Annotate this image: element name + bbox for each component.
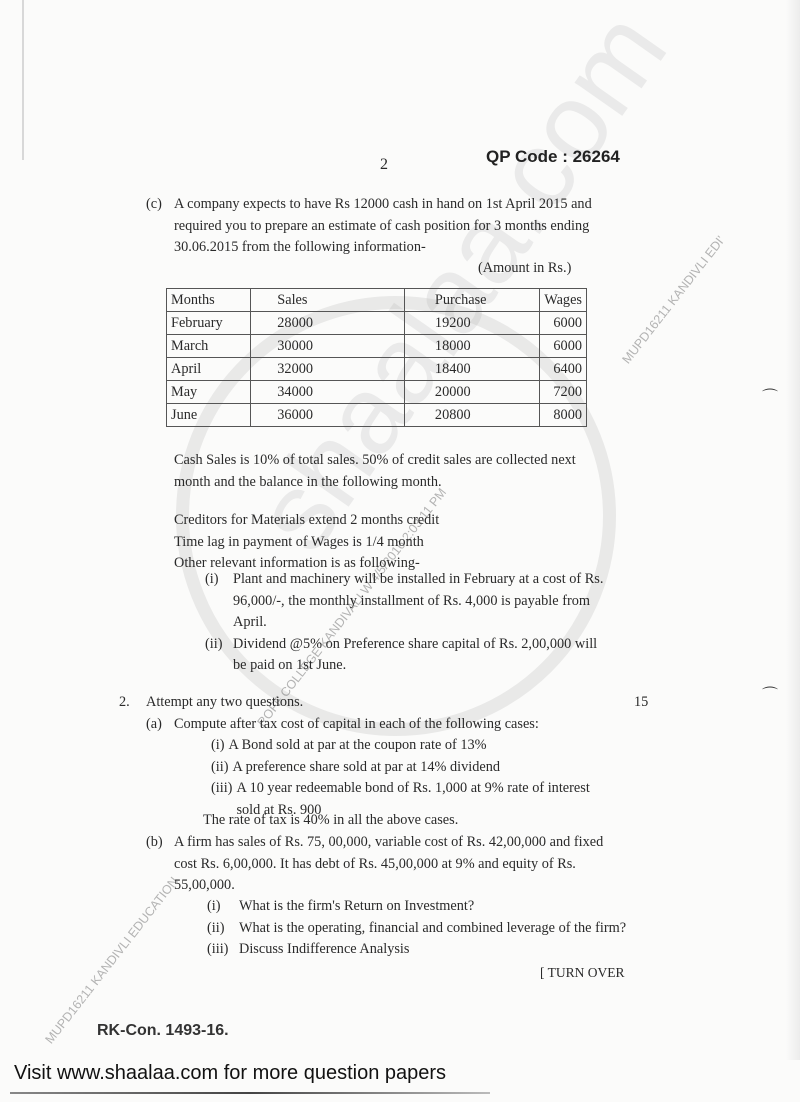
item-label: (i) — [205, 569, 233, 634]
table-cell: 18000 — [404, 335, 539, 358]
scan-edge-right — [786, 0, 800, 1060]
list-item: (i) A Bond sold at par at the coupon rat… — [211, 735, 596, 757]
tax-note: The rate of tax is 40% in all the above … — [203, 810, 458, 832]
turn-over-note: [ TURN OVER — [540, 965, 625, 981]
scan-edge-left — [22, 0, 24, 160]
list-item: (i) What is the firm's Return on Investm… — [207, 896, 639, 918]
question-instruction: Attempt any two questions. — [146, 692, 303, 714]
site-link[interactable]: Visit www.shaalaa.com for more question … — [14, 1062, 446, 1085]
question-marks: 15 — [634, 692, 648, 714]
table-row: May 34000 20000 7200 — [167, 381, 587, 404]
question-label: (c) — [146, 194, 162, 216]
amount-note: (Amount in Rs.) — [478, 258, 571, 280]
item-label: (ii) — [207, 918, 239, 940]
other-info-list: (i) Plant and machinery will be installe… — [205, 569, 609, 677]
watermark-stamp-left: MUPD16211 KANDIVLI EDUCATION — [42, 874, 181, 1046]
item-label: (i) — [211, 735, 225, 757]
table-cell: 28000 — [251, 312, 405, 335]
column-header: Purchase — [404, 289, 539, 312]
paper-code: RK-Con. 1493-16. — [97, 1022, 229, 1040]
table-cell: June — [167, 404, 251, 427]
table-row: February 28000 19200 6000 — [167, 312, 587, 335]
item-text: A Bond sold at par at the coupon rate of… — [229, 735, 487, 757]
question-paper-page: shaalaa.com MUPD16211 KANDIVLI EDI' ROFF… — [0, 0, 800, 1102]
table-cell: 34000 — [251, 381, 405, 404]
note-wages: Time lag in payment of Wages is 1/4 mont… — [174, 532, 439, 554]
column-header: Wages — [540, 289, 587, 312]
column-header: Months — [167, 289, 251, 312]
table-cell: 6000 — [540, 335, 587, 358]
table-cell: March — [167, 335, 251, 358]
page-number: 2 — [380, 156, 388, 174]
part-label: (b) — [146, 832, 163, 854]
list-item: (ii) Dividend @5% on Preference share ca… — [205, 634, 609, 677]
item-label: (ii) — [211, 757, 228, 779]
note-cash-sales: Cash Sales is 10% of total sales. 50% of… — [174, 450, 614, 493]
table-cell: 20000 — [404, 381, 539, 404]
item-text: A preference share sold at par at 14% di… — [232, 757, 500, 779]
question-text: A company expects to have Rs 12000 cash … — [174, 194, 614, 259]
question-number: 2. — [119, 692, 130, 714]
scan-mark-icon: ⌒ — [762, 682, 778, 705]
table-row: March 30000 18000 6000 — [167, 335, 587, 358]
table-cell: April — [167, 358, 251, 381]
footer-divider — [10, 1092, 490, 1094]
table-cell: 36000 — [251, 404, 405, 427]
item-text: Dividend @5% on Preference share capital… — [233, 634, 609, 677]
list-item: (ii) What is the operating, financial an… — [207, 918, 639, 940]
part-a-list: (i) A Bond sold at par at the coupon rat… — [211, 735, 596, 821]
table-cell: May — [167, 381, 251, 404]
notes-block: Creditors for Materials extend 2 months … — [174, 510, 439, 575]
list-item: (iii) Discuss Indifference Analysis — [207, 939, 639, 961]
scan-mark-icon: ⌒ — [762, 384, 778, 407]
table-cell: 20800 — [404, 404, 539, 427]
part-text: A firm has sales of Rs. 75, 00,000, vari… — [174, 832, 614, 897]
item-label: (ii) — [205, 634, 233, 677]
item-label: (i) — [207, 896, 239, 918]
table-cell: 7200 — [540, 381, 587, 404]
table-cell: 6000 — [540, 312, 587, 335]
table-cell: 8000 — [540, 404, 587, 427]
qp-code: QP Code : 26264 — [486, 147, 620, 167]
list-item: (ii) A preference share sold at par at 1… — [211, 757, 596, 779]
item-label: (iii) — [207, 939, 239, 961]
column-header: Sales — [251, 289, 405, 312]
list-item: (i) Plant and machinery will be installe… — [205, 569, 609, 634]
cash-budget-table: Months Sales Purchase Wages February 280… — [166, 288, 587, 427]
table-cell: 30000 — [251, 335, 405, 358]
table-cell: 32000 — [251, 358, 405, 381]
item-text: What is the firm's Return on Investment? — [239, 896, 639, 918]
part-b-list: (i) What is the firm's Return on Investm… — [207, 896, 639, 961]
table-cell: 6400 — [540, 358, 587, 381]
table-cell: 19200 — [404, 312, 539, 335]
table-header-row: Months Sales Purchase Wages — [167, 289, 587, 312]
table-row: June 36000 20800 8000 — [167, 404, 587, 427]
table-cell: February — [167, 312, 251, 335]
part-text: Compute after tax cost of capital in eac… — [174, 714, 539, 736]
part-label: (a) — [146, 714, 162, 736]
table-row: April 32000 18400 6400 — [167, 358, 587, 381]
table-cell: 18400 — [404, 358, 539, 381]
item-text: What is the operating, financial and com… — [239, 918, 639, 940]
note-creditors: Creditors for Materials extend 2 months … — [174, 510, 439, 532]
watermark-stamp-right: MUPD16211 KANDIVLI EDI' — [619, 233, 727, 366]
item-text: Plant and machinery will be installed in… — [233, 569, 609, 634]
item-text: Discuss Indifference Analysis — [239, 939, 639, 961]
